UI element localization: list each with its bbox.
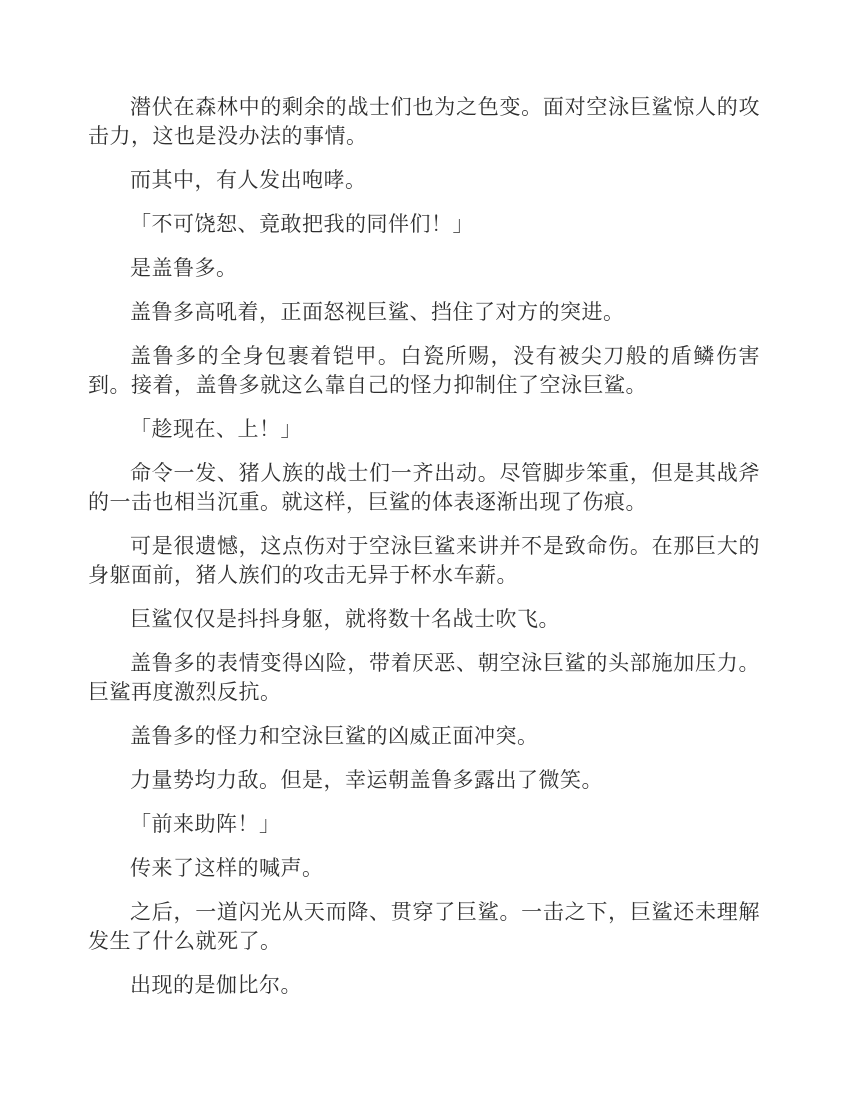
paragraph: 力量势均力敌。但是，幸运朝盖鲁多露出了微笑。 [88, 766, 760, 795]
paragraph: 命令一发、猪人族的战士们一齐出动。尽管脚步笨重，但是其战斧的一击也相当沉重。就这… [88, 459, 760, 517]
paragraph: 之后，一道闪光从天而降、贯穿了巨鲨。一击之下，巨鲨还未理解发生了什么就死了。 [88, 898, 760, 956]
paragraph: 是盖鲁多。 [88, 254, 760, 283]
paragraph: 盖鲁多高吼着，正面怒视巨鲨、挡住了对方的突进。 [88, 298, 760, 327]
novel-reader-page: 潜伏在森林中的剩余的战士们也为之色变。面对空泳巨鲨惊人的攻击力，这也是没办法的事… [0, 0, 850, 1100]
paragraph-dialogue: 「前来助阵！」 [88, 810, 760, 839]
paragraph: 可是很遗憾，这点伤对于空泳巨鲨来讲并不是致命伤。在那巨大的身躯面前，猪人族们的攻… [88, 532, 760, 590]
paragraph-dialogue: 「不可饶恕、竟敢把我的同伴们！」 [88, 210, 760, 239]
paragraph: 盖鲁多的全身包裹着铠甲。白瓷所赐，没有被尖刀般的盾鳞伤害到。接着，盖鲁多就这么靠… [88, 342, 760, 400]
paragraph-dialogue: 「趁现在、上！」 [88, 415, 760, 444]
paragraph: 潜伏在森林中的剩余的战士们也为之色变。面对空泳巨鲨惊人的攻击力，这也是没办法的事… [88, 93, 760, 151]
paragraph: 而其中，有人发出咆哮。 [88, 166, 760, 195]
paragraph: 盖鲁多的怪力和空泳巨鲨的凶威正面冲突。 [88, 722, 760, 751]
paragraph: 盖鲁多的表情变得凶险，带着厌恶、朝空泳巨鲨的头部施加压力。巨鲨再度激烈反抗。 [88, 649, 760, 707]
paragraph: 出现的是伽比尔。 [88, 971, 760, 1000]
paragraph: 巨鲨仅仅是抖抖身躯，就将数十名战士吹飞。 [88, 605, 760, 634]
paragraph: 传来了这样的喊声。 [88, 854, 760, 883]
novel-text-block: 潜伏在森林中的剩余的战士们也为之色变。面对空泳巨鲨惊人的攻击力，这也是没办法的事… [88, 93, 760, 1000]
